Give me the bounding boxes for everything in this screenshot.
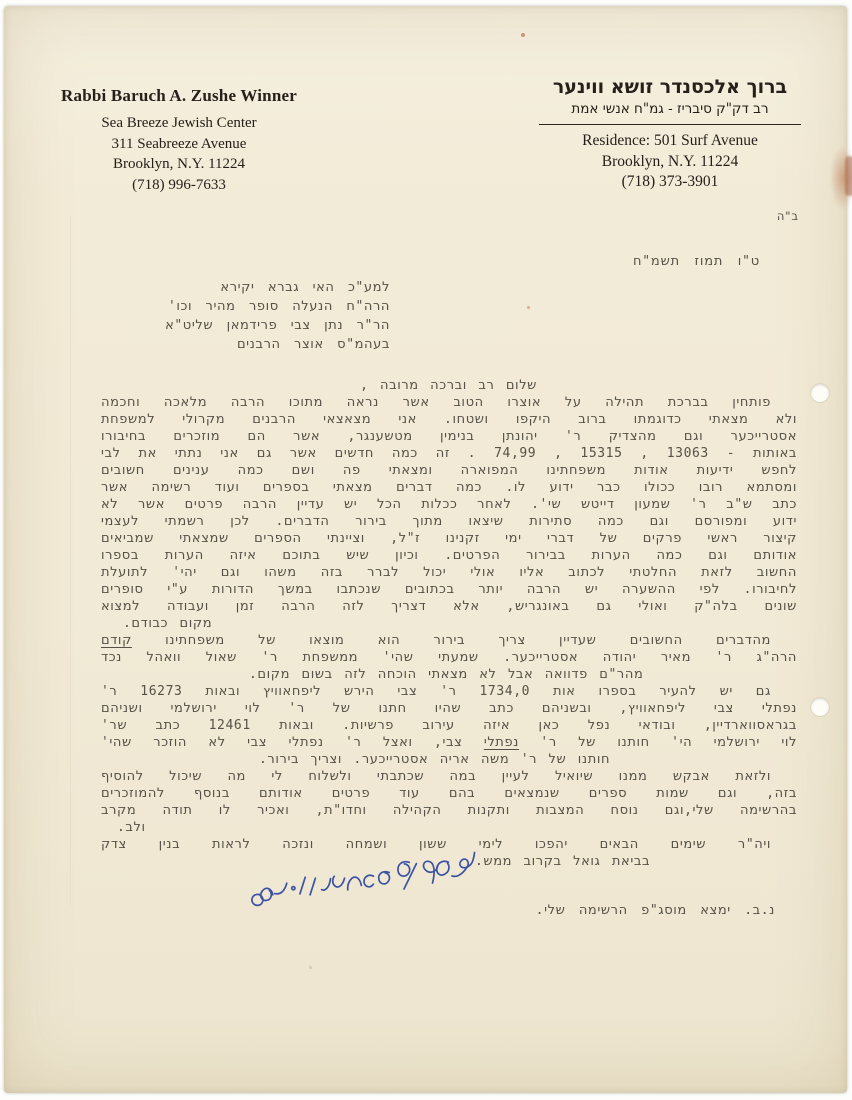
paper-speck	[309, 966, 312, 969]
body-line: אסטרייכער וגם מהצדיק ר' יהונתן בנימין מט…	[101, 428, 797, 445]
body-line: באותות - 13063 , 15315 , 74,99 . זה כמה …	[101, 445, 797, 462]
body-line: גם יש להעיר בספרו אות 1734,0 ר' צבי הירש…	[101, 683, 797, 700]
bsd-mark: ב"ה	[777, 209, 798, 223]
letter-date: ט"ו תמוז תשמ"ח	[633, 254, 760, 269]
body-line: לוי ירושלמי הי' חותנו של ר' נפתלי צבי, ו…	[101, 734, 797, 751]
postscript: נ.ב. ימצא מוסג"פ הרשימה שלי.	[536, 903, 775, 918]
body-line: מקום כבודם.	[101, 615, 797, 632]
letterhead-english-name: Rabbi Baruch A. Zushe Winner	[44, 86, 314, 106]
letter-body: שלום רב וברכה מרובה ,פותחין בברכת תהילה …	[101, 377, 797, 870]
body-line: פותחין בברכת תהילה על אוצרו הטוב אשר נרא…	[101, 394, 797, 411]
body-line: בגראסווארדיין, ובודאי נפל כאן איזה עירוב…	[101, 717, 797, 734]
body-line: ולזאת אבקש ממנו שיואיל לעיין במה שכתבתי …	[101, 768, 797, 785]
addressee-line: למע"כ האי גברא יקירא	[128, 278, 390, 297]
paper-speck	[521, 33, 525, 37]
body-line: לחיבורו. לפי ההשערה יש הרבה יותר בכתובים…	[101, 581, 797, 598]
body-line: בהרשימה שלי,וגם נוסח המצבות ותקנות הקהיל…	[101, 802, 797, 819]
addressee-line: בעהמ"ס אוצר הרבנים	[128, 335, 390, 354]
addressee-line: הר"ר נתן צבי פרידמאן שליט"א	[128, 316, 390, 335]
body-line: בזה, וגם שמות ספרים שנמצאים בהם עוד פרטי…	[101, 785, 797, 802]
letterhead-residence-address2: Brooklyn, N.Y. 11224	[537, 152, 803, 173]
body-line: שלום רב וברכה מרובה ,	[101, 377, 797, 394]
letterhead-residence-phone: (718) 373-3901	[537, 172, 803, 193]
letter-paper: Rabbi Baruch A. Zushe Winner Sea Breeze …	[4, 6, 847, 1093]
signature-handwriting	[230, 851, 482, 913]
letterhead-divider-line	[539, 124, 801, 125]
punch-hole-top	[811, 384, 829, 402]
body-line: לחפש ידיעות אודות משפחתינו המפוארה ומצאת…	[101, 462, 797, 479]
letterhead-english-org: Sea Breeze Jewish Center	[44, 113, 314, 134]
letterhead-english-address1: 311 Seabreeze Avenue	[44, 134, 314, 155]
addressee-block: למע"כ האי גברא יקיראהרה"ח הנעלה סופר מהי…	[128, 278, 390, 354]
underlined-word: נפתלי	[484, 735, 519, 750]
edge-stain-streak	[845, 156, 852, 196]
body-line: הרה"ג ר' מאיר יהודה אסטרייכער. שמעתי שהי…	[101, 649, 797, 666]
punch-hole-bottom	[811, 698, 829, 716]
signature-stroke-winner	[250, 876, 317, 906]
body-line: ולב.	[101, 819, 797, 836]
body-line: כתב ש"ב ר' שמעון דייטש שי'. לאחר ככלות ה…	[101, 496, 797, 513]
letterhead-english: Rabbi Baruch A. Zushe Winner Sea Breeze …	[44, 86, 314, 195]
body-line: נפתלי צבי ליפחאוויץ, ובשניהם כתב שהיו חת…	[101, 700, 797, 717]
body-line: אודותם וגם כמה הערות בבירור הפרטים. וכיו…	[101, 547, 797, 564]
signature-stroke-alexander	[362, 858, 439, 893]
letterhead-hebrew-title: רב דק"ק סיבריז - גמ"ח אנשי אמת	[537, 101, 803, 117]
paper-crease	[70, 216, 71, 906]
signature-stroke-baruch	[435, 852, 477, 878]
body-line: חותנו של ר' משה אריה אסטרייכער. וצריך בי…	[101, 751, 797, 768]
letterhead-english-address2: Brooklyn, N.Y. 11224	[44, 154, 314, 175]
body-line: מהדברים החשובים שעדיין צריך בירור הוא מו…	[101, 632, 797, 649]
underlined-word: קודם	[101, 633, 132, 648]
body-line: החשוב לזאת החלטתי לכתוב אליו אולי יכול ל…	[101, 564, 797, 581]
body-line: ולא מצאתי כדוגמתו ברוב היקפו ושטחו. אני …	[101, 411, 797, 428]
body-line: ומסתמא רובו ככולו כבר ידוע לו. כמה דברים…	[101, 479, 797, 496]
signature-stroke-zusha	[320, 874, 361, 893]
paper-speck	[527, 306, 530, 309]
letterhead-residence: Residence: 501 Surf Avenue	[537, 131, 803, 152]
body-line: שונים בלה"ק ואולי גם באונגריש, אלא דצריך…	[101, 598, 797, 615]
body-line: ידוע ומפורסם וגם כמה סתירות שיצאו מתוך ב…	[101, 513, 797, 530]
addressee-line: הרה"ח הנעלה סופר מהיר וכו'	[128, 297, 390, 316]
letterhead-hebrew-name: ברוך אלכסנדר זושא ווינער	[537, 76, 803, 98]
letterhead-hebrew: ברוך אלכסנדר זושא ווינער רב דק"ק סיבריז …	[537, 76, 803, 193]
scanned-letter-page: Rabbi Baruch A. Zushe Winner Sea Breeze …	[0, 0, 852, 1100]
body-line: קיצור ראשי פרקים של דברי ימי זקנינו ז"ל,…	[101, 530, 797, 547]
body-line: מהר"ם פדוואה אבל לא מצאתי הוכחה לזה בשום…	[101, 666, 797, 683]
letterhead-english-phone: (718) 996-7633	[44, 175, 314, 196]
